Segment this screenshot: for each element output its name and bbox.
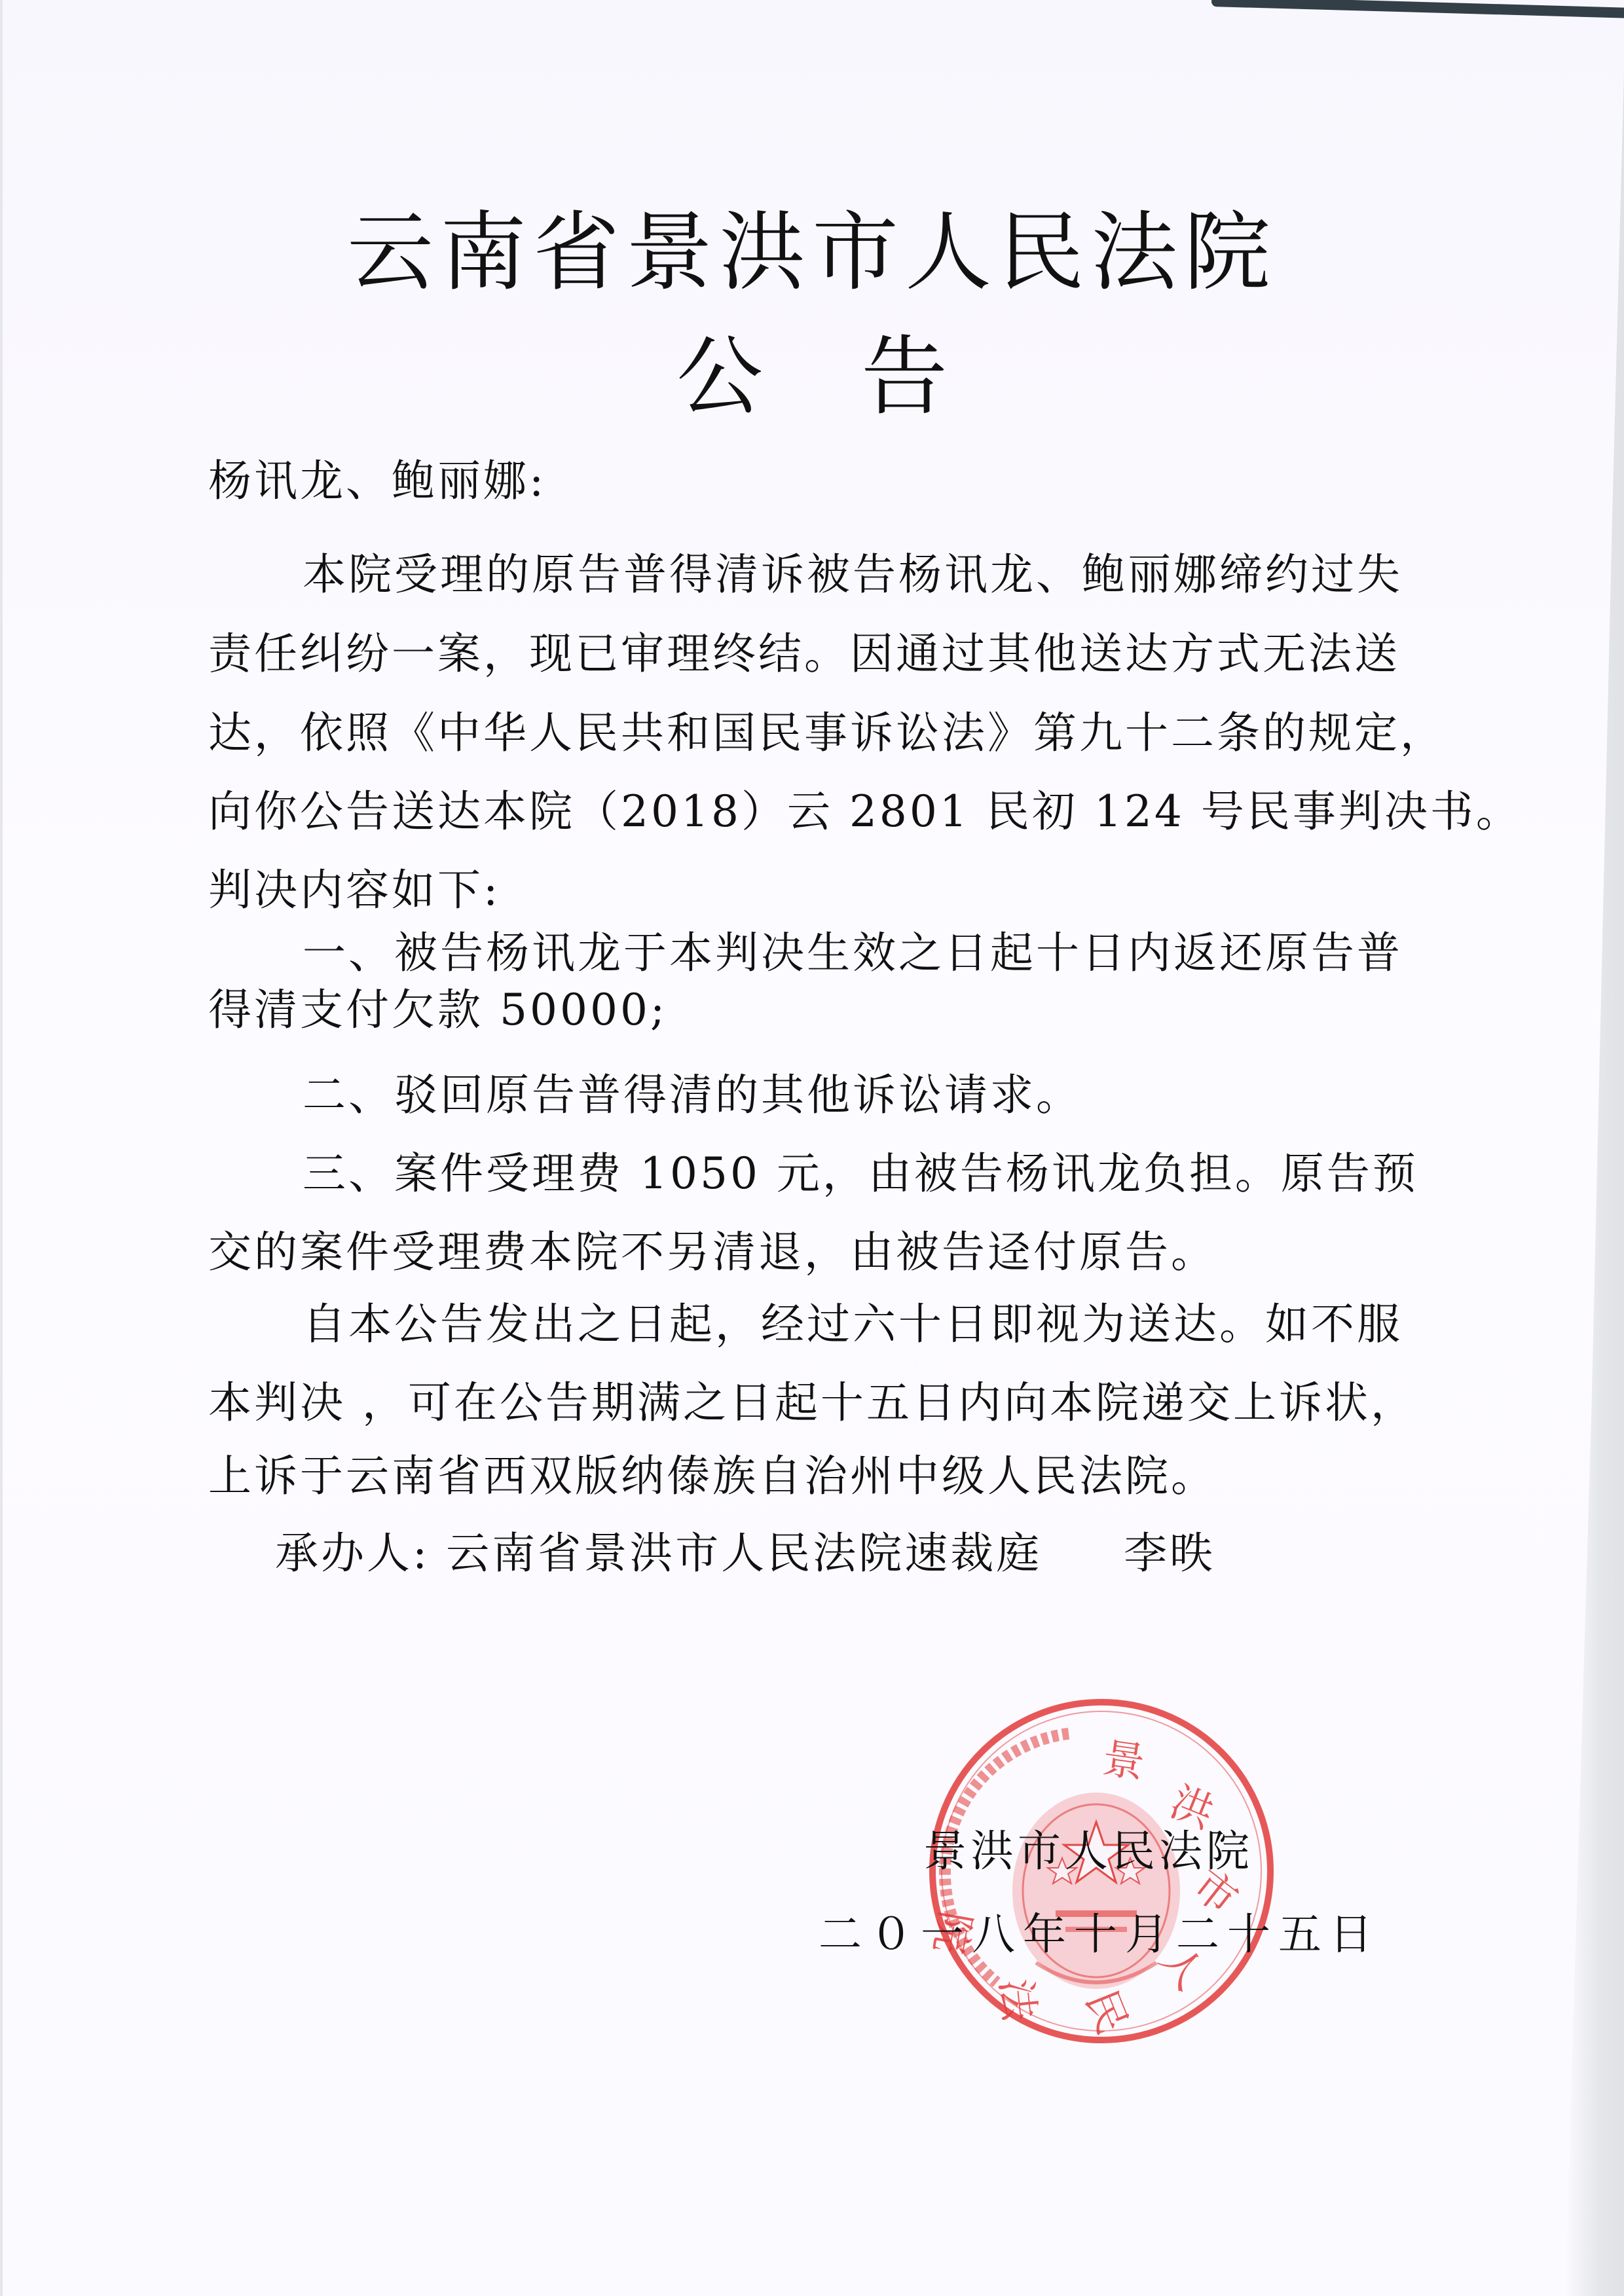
judgment-item-3-line-1: 三、案件受理费 1050 元，由被告杨讯龙负担。原告预 xyxy=(303,1152,1361,1195)
svg-text:民: 民 xyxy=(1076,1983,1137,2040)
case-handler: 承办人: 云南省景洪市人民法院速裁庭 李昳 xyxy=(275,1532,1428,1575)
judgment-item-3-line-2: 交的案件受理费本院不另清退，由被告迳付原告。 xyxy=(208,1231,1361,1274)
notice-line: 自本公告发出之日起，经过六十日即视为送达。如不服 xyxy=(303,1303,1361,1346)
announcement-heading-char-1: 公 xyxy=(676,334,763,420)
document-page: 云南省景洪市人民法院 公告 杨讯龙、鲍丽娜: 本院受理的原告普得清诉被告杨讯龙、… xyxy=(0,0,1624,2296)
svg-text:法: 法 xyxy=(991,1977,1043,2024)
notice-line: 上诉于云南省西双版纳傣族自治州中级人民法院。 xyxy=(208,1455,1361,1498)
signing-date: 二０一八年十月二十五日 xyxy=(819,1913,1380,1956)
signing-court: 景洪市人民法院 xyxy=(923,1830,1253,1873)
notice-line: 本判决 ，可在公告期满之日起十五日内向本院递交上诉状， xyxy=(208,1381,1361,1425)
judgment-item-1-line-1: 一、被告杨讯龙于本判决生效之日起十日内返还原告普 xyxy=(303,932,1361,975)
judgment-item-2: 二、驳回原告普得清的其他诉讼请求。 xyxy=(303,1074,1361,1117)
body-line: 判决内容如下: xyxy=(208,869,1361,912)
body-line: 达，依照《中华人民共和国民事诉讼法》第九十二条的规定， xyxy=(208,712,1361,755)
body-line: 向你公告送达本院（2018）云 2801 民初 124 号民事判决书。 xyxy=(208,790,1361,833)
court-title: 云南省景洪市人民法院 xyxy=(0,210,1624,296)
announcement-heading: 公告 xyxy=(0,334,1624,420)
body-line: 责任纠纷一案，现已审理终结。因通过其他送达方式无法送 xyxy=(208,632,1361,676)
announcement-heading-char-2: 告 xyxy=(861,334,948,420)
svg-text:景: 景 xyxy=(1099,1734,1148,1788)
addressee: 杨讯龙、鲍丽娜: xyxy=(208,460,1361,503)
judgment-item-1-line-2: 得清支付欠款 50000; xyxy=(208,989,1361,1032)
scan-edge-top xyxy=(1211,0,1624,20)
body-line: 本院受理的原告普得清诉被告杨讯龙、鲍丽娜缔约过失 xyxy=(303,553,1361,596)
